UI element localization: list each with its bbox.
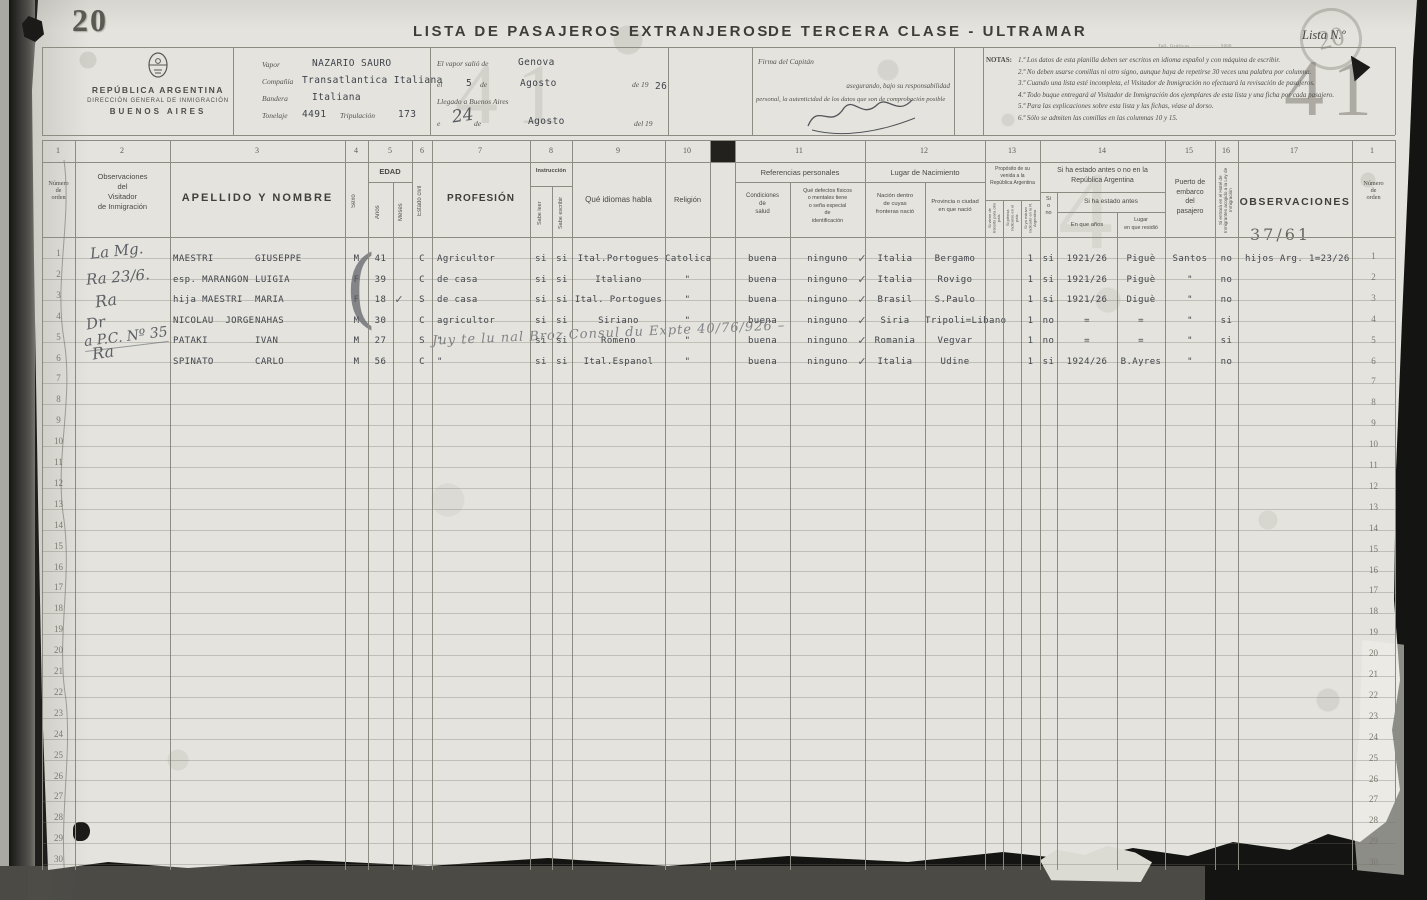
row-number-right: 15 [1352, 539, 1395, 560]
dia-value: 5 [466, 78, 472, 89]
header-meses: Meses [398, 190, 410, 234]
seal-line1: REPÚBLICA ARGENTINA [78, 85, 238, 95]
row-number-left: 9 [42, 410, 75, 431]
grid-line [430, 47, 431, 135]
header-proposito-sub1: Si viene de tránsito para otro país [988, 202, 1001, 234]
grid-line [1395, 140, 1396, 870]
header-en-que-anios: En que años [1057, 222, 1117, 228]
grid-line [1057, 192, 1058, 870]
row-number-right: 20 [1352, 643, 1395, 664]
grid-line [393, 182, 394, 870]
column-number: 8 [549, 146, 553, 155]
row-number-left: 30 [42, 849, 75, 870]
grid-line [552, 186, 553, 870]
row-number-left: 26 [42, 766, 75, 787]
header-lugar-nacimiento: Lugar de Nacimiento [865, 168, 985, 177]
column-number: 1 [56, 146, 60, 155]
tonelaje-label: Tonelaje [262, 111, 288, 120]
government-seal: REPÚBLICA ARGENTINA DIRECCIÓN GENERAL DE… [78, 52, 238, 132]
header-hotel-vertical: Si entrará en el Hotel de Inmigrantes ac… [1218, 165, 1236, 235]
grid-line [75, 140, 76, 870]
column-number: 9 [616, 146, 620, 155]
column-number: 2 [120, 146, 124, 155]
grid-line [42, 383, 1395, 384]
header-lugar-residio: Lugar en que residió [1117, 217, 1165, 232]
grid-line [42, 237, 1395, 238]
cell-nacion: Italia [865, 249, 925, 270]
header-num-orden-right: Número de orden [1352, 180, 1395, 201]
header-apellido-nombre: APELLIDO Y NOMBRE [170, 192, 345, 204]
lista-number-label: Lista N.º [1302, 28, 1345, 43]
grid-line [42, 739, 1395, 740]
grid-line [42, 530, 1395, 531]
grid-line [368, 140, 369, 870]
row-number-right: 12 [1352, 476, 1395, 497]
column-number: 5 [388, 146, 392, 155]
grid-line [42, 760, 1395, 761]
grid-line [42, 362, 1395, 363]
registry-number-stamp: 37/61 [1250, 225, 1311, 244]
grid-line [665, 140, 666, 870]
header-si-o-no: Si o no [1040, 196, 1057, 217]
grid-line [42, 47, 1395, 48]
llegado-label: Llegado a Buenos Aires [437, 97, 508, 106]
cell-provincia: Bergamo [925, 249, 985, 270]
row-number-right: 17 [1352, 580, 1395, 601]
grid-line [1238, 140, 1239, 870]
row-number-right: 26 [1352, 769, 1395, 790]
row-number-left: 21 [42, 661, 75, 682]
grid-line [1040, 192, 1165, 193]
cell-nacion: Italia [865, 270, 925, 291]
cell-escribir: si [552, 270, 572, 291]
header-si-ha-estado: Si ha estado antes o no en la República … [1040, 166, 1165, 185]
cell-given: LUIGIA [255, 270, 340, 291]
row-number-right: 18 [1352, 601, 1395, 622]
column-number: 13 [1008, 146, 1016, 155]
cell-name: MAESTRI [173, 249, 268, 270]
handwritten-brace: ( [344, 238, 378, 338]
grid-line [42, 613, 1395, 614]
cell-lugar: Piguè [1117, 270, 1165, 291]
grid-line [42, 571, 1395, 572]
column-number: 1 [1370, 146, 1374, 155]
column-number: 11 [795, 146, 803, 155]
row-number-left: 19 [42, 619, 75, 640]
grid-line [42, 404, 1395, 405]
grid-line [42, 655, 1395, 656]
mes-value: Agosto [520, 78, 557, 89]
grid-line [1040, 140, 1041, 870]
scanner-background-band [0, 866, 1205, 900]
row-number-right: 30 [1352, 852, 1395, 873]
grid-line [42, 467, 1395, 468]
grid-line [954, 47, 955, 135]
seal-line3: BUENOS AIRES [78, 107, 238, 116]
cell-sino: si [1040, 249, 1057, 270]
grid-line [1057, 212, 1165, 213]
nota-item: 5.ª Para las explicaciones sobre esta li… [1018, 101, 1334, 113]
header-observaciones: OBSERVACIONES [1238, 196, 1352, 208]
grid-line [42, 47, 43, 135]
header-proposito-sub3: Si ya estuvo radicado en la R. Argentina [1024, 202, 1037, 234]
header-observaciones-visitador: Observaciones del Visitador de Inmigraci… [75, 172, 170, 212]
de2-label: de [474, 119, 481, 128]
header-instruccion: Instrucción [530, 168, 572, 174]
row-number-left: 24 [42, 724, 75, 745]
row-number-right: 9 [1352, 413, 1395, 434]
grid-line [42, 300, 1395, 301]
bandera-value: Italiana [312, 92, 361, 103]
cell-observaciones [1245, 270, 1395, 291]
row-number-right: 23 [1352, 706, 1395, 727]
grid-line [42, 509, 1395, 510]
cell-salud: buena [735, 270, 790, 291]
row-number-left: 8 [42, 389, 75, 410]
header-si-ha-estado-antes: Si ha estado antes [1057, 198, 1165, 205]
cell-given: GIUSEPPE [255, 249, 340, 270]
grid-line [42, 864, 1395, 865]
grid-line [42, 488, 1395, 489]
arrival-day-handwritten: 24 [451, 105, 475, 128]
header-sabe-leer: Sabe leer [537, 192, 547, 234]
passenger-row: esp. MARANGONLUIGIAF39Cde casasisiItalia… [42, 270, 1395, 291]
grid-line [42, 140, 1395, 141]
del19-label: del 19 [634, 119, 653, 128]
column-number: 12 [920, 146, 928, 155]
e-label: e [437, 119, 440, 128]
grid-line [368, 182, 412, 183]
row-number-left: 25 [42, 745, 75, 766]
grid-line [42, 551, 1395, 552]
grid-line [1352, 140, 1353, 870]
cell-proposito: 1 [1021, 249, 1040, 270]
grid-line [42, 258, 1395, 259]
grid-line [735, 182, 865, 183]
row-number-left: 29 [42, 828, 75, 849]
grid-line [790, 182, 791, 870]
seal-line2: DIRECCIÓN GENERAL DE INMIGRACIÓN [78, 98, 238, 104]
cell-puerto: " [1165, 270, 1215, 291]
grid-line [925, 182, 926, 870]
header-referencias: Referencias personales [735, 168, 865, 177]
firma-label: Firma del Capitán [758, 57, 814, 66]
row-number-left: 20 [42, 640, 75, 661]
row-number-right: 11 [1352, 455, 1395, 476]
row-number-left: 16 [42, 557, 75, 578]
header-anios: Años [375, 190, 387, 234]
grid-line [345, 140, 346, 870]
header-num-orden-left: Número de orden [42, 180, 75, 201]
grid-line [985, 200, 1040, 201]
grid-line [985, 140, 986, 870]
header-proposito: Propósito de su venida a la República Ar… [985, 166, 1040, 187]
grid-line [42, 592, 1395, 593]
tripulacion-value: 173 [398, 109, 416, 120]
cell-leer: si [530, 270, 552, 291]
row-number-right: 21 [1352, 664, 1395, 685]
scanned-passenger-list-page: 20 41 4 41 20 37/61 LISTA DE PASAJEROS E… [0, 0, 1427, 900]
nota-item: 2.ª No deben usarse comillas ni otro sig… [1018, 67, 1334, 79]
passenger-row: MAESTRIGIUSEPPEM41CAgricultorsisiItal.Po… [42, 249, 1395, 270]
row-number-right: 14 [1352, 518, 1395, 539]
page-subtitle: DE TERCERA CLASE - ULTRAMAR [768, 23, 1087, 40]
grid-line [530, 186, 572, 187]
book-binding [9, 0, 35, 900]
column-number: 10 [683, 146, 691, 155]
de-label: de [480, 80, 487, 89]
tripulacion-label: Tripulación [340, 111, 375, 120]
cell-puerto: Santos [1165, 249, 1215, 270]
row-number-right: 10 [1352, 434, 1395, 455]
column-number: 3 [255, 146, 259, 155]
grid-line [42, 634, 1395, 635]
header-puerto: Puerto de embarco del pasajero [1165, 178, 1215, 216]
grid-line [865, 140, 866, 870]
firma-line1: asegurando, bajo su responsabilidad [790, 82, 950, 90]
tonelaje-value: 4491 [302, 109, 326, 120]
llegada-mes-value: Agosto [528, 116, 565, 127]
grid-line [42, 718, 1395, 719]
cell-escribir: si [552, 249, 572, 270]
grid-line [1215, 140, 1216, 870]
grid-line [42, 697, 1395, 698]
header-estado-civil: Estado civil [417, 168, 429, 234]
cell-idiomas: Italiano [572, 270, 665, 291]
row-number-right: 24 [1352, 727, 1395, 748]
header-nacion: Nación dentro de cuyas fronteras nació [865, 192, 925, 216]
column-number: 7 [478, 146, 482, 155]
header-edad: EDAD [368, 167, 412, 176]
row-number-left: 22 [42, 682, 75, 703]
el-label: el [437, 80, 442, 89]
grid-line [42, 822, 1395, 823]
cell-en-anios: 1921/26 [1057, 249, 1117, 270]
cell-religion: Catolica [665, 249, 710, 270]
grid-line [42, 135, 1395, 136]
row-number-left: 18 [42, 598, 75, 619]
handwritten-note: Ra [91, 341, 116, 363]
page-title: LISTA DE PASAJEROS EXTRANJEROS [413, 23, 770, 40]
row-number-right: 27 [1352, 789, 1395, 810]
cell-hotel: no [1215, 270, 1238, 291]
cell-name: esp. MARANGON [173, 270, 268, 291]
header-provincia: Provincia o ciudad en que nació [925, 198, 985, 214]
grid-line [412, 140, 413, 870]
nota-item: 6.ª Sólo se admiten las comillas en las … [1018, 113, 1334, 125]
header-idiomas: Qué idiomas habla [572, 195, 665, 204]
notas-list: 1.ª Los datos de esta planilla deben ser… [1018, 55, 1334, 124]
handwritten-note: Dr [85, 312, 107, 333]
row-number-left: 11 [42, 452, 75, 473]
cell-religion: " [665, 270, 710, 291]
grid-line [572, 140, 573, 870]
cell-hotel: no [1215, 249, 1238, 270]
row-number-left: 14 [42, 515, 75, 536]
row-number-left: 10 [42, 431, 75, 452]
cell-idiomas: Ital.Portogues [572, 249, 665, 270]
cell-profesion: de casa [437, 270, 527, 291]
cell-en-anios: 1921/26 [1057, 270, 1117, 291]
cell-profesion: Agricultor [437, 249, 527, 270]
nota-item: 1.ª Los datos de esta planilla deben ser… [1018, 55, 1334, 67]
row-number-right: 29 [1352, 831, 1395, 852]
grid-line [668, 47, 669, 135]
header-defectos: Qué defectos físicos o mentales tiene o … [790, 188, 865, 225]
header-sabe-escribir: Sabe escribir [558, 192, 568, 234]
row-number-right: 28 [1352, 810, 1395, 831]
grid-line [42, 801, 1395, 802]
firma-line2: personal, la autenticidad de los datos q… [756, 96, 954, 103]
column-number: 6 [420, 146, 424, 155]
blackened-header-cell [710, 141, 735, 162]
row-number-right: 13 [1352, 497, 1395, 518]
grid-line [233, 47, 234, 135]
grid-line [170, 140, 171, 870]
grid-line [710, 140, 711, 870]
nota-item: 4.ª Todo buque entregará al Visitador de… [1018, 90, 1334, 102]
nota-item: 3.ª Cuando una lista esté incompleta, el… [1018, 78, 1334, 90]
grid-line [983, 47, 984, 135]
row-number-left: 15 [42, 536, 75, 557]
column-number: 16 [1222, 146, 1230, 155]
row-number-left: 28 [42, 807, 75, 828]
cell-observaciones: hijos Arg. 1=23/26 [1245, 249, 1395, 270]
grid-line [42, 446, 1395, 447]
grid-line [735, 140, 736, 870]
vapor-label: Vapor [262, 60, 280, 69]
cell-salud: buena [735, 249, 790, 270]
grid-line [1395, 47, 1396, 135]
row-number-left: 27 [42, 786, 75, 807]
grid-line [752, 47, 753, 135]
vapor-value: NAZARIO SAURO [312, 58, 392, 69]
row-number-left: 12 [42, 473, 75, 494]
row-number-left: 23 [42, 703, 75, 724]
row-number-right: 22 [1352, 685, 1395, 706]
grid-line [530, 140, 531, 870]
cell-sino: si [1040, 270, 1057, 291]
grid-line [432, 140, 433, 870]
notas-label: NOTAS: [986, 56, 1012, 64]
salio-value: Genova [518, 57, 555, 68]
grid-line [42, 140, 43, 870]
column-number: 14 [1098, 146, 1106, 155]
cell-proposito: 1 [1021, 270, 1040, 291]
grid-line [42, 279, 1395, 280]
cell-lugar: Piguè [1117, 249, 1165, 270]
header-profesion: PROFESIÓN [432, 193, 530, 204]
grid-line [42, 780, 1395, 781]
header-sexo: Sexo [351, 168, 363, 234]
cell-provincia: Rovigo [925, 270, 985, 291]
row-number-right: 25 [1352, 748, 1395, 769]
row-number-right: 16 [1352, 560, 1395, 581]
salio-label: El vapor salió de [437, 59, 488, 68]
header-condiciones-salud: Condiciones de salud [735, 192, 790, 216]
compania-label: Compañía [262, 77, 293, 86]
column-number: 15 [1185, 146, 1193, 155]
coat-of-arms-icon [147, 52, 169, 78]
bandera-label: Bandera [262, 94, 288, 103]
row-number-right: 19 [1352, 622, 1395, 643]
grid-line [42, 342, 1395, 343]
grid-line [42, 676, 1395, 677]
row-number-right: 8 [1352, 392, 1395, 413]
grid-line [42, 162, 1395, 163]
grid-line [1117, 212, 1118, 870]
cell-estado: C [412, 249, 432, 270]
row-number-left: 13 [42, 494, 75, 515]
cell-leer: si [530, 249, 552, 270]
grid-line [865, 182, 985, 183]
grid-line [42, 843, 1395, 844]
de19-label: de 19 [632, 80, 648, 89]
anio-value: 26 [655, 81, 667, 92]
grid-line [42, 425, 1395, 426]
cell-estado: C [412, 270, 432, 291]
row-number-right: 7 [1352, 371, 1395, 392]
header-religion: Religión [665, 195, 710, 204]
row-number-left: 17 [42, 577, 75, 598]
grid-line [42, 321, 1395, 322]
column-number: 4 [354, 146, 358, 155]
compania-value: Transatlantica Italiana [302, 75, 443, 86]
grid-line [1165, 140, 1166, 870]
header-proposito-sub2: Si piensa radicarse en el país [1006, 202, 1019, 234]
column-number: 17 [1290, 146, 1298, 155]
